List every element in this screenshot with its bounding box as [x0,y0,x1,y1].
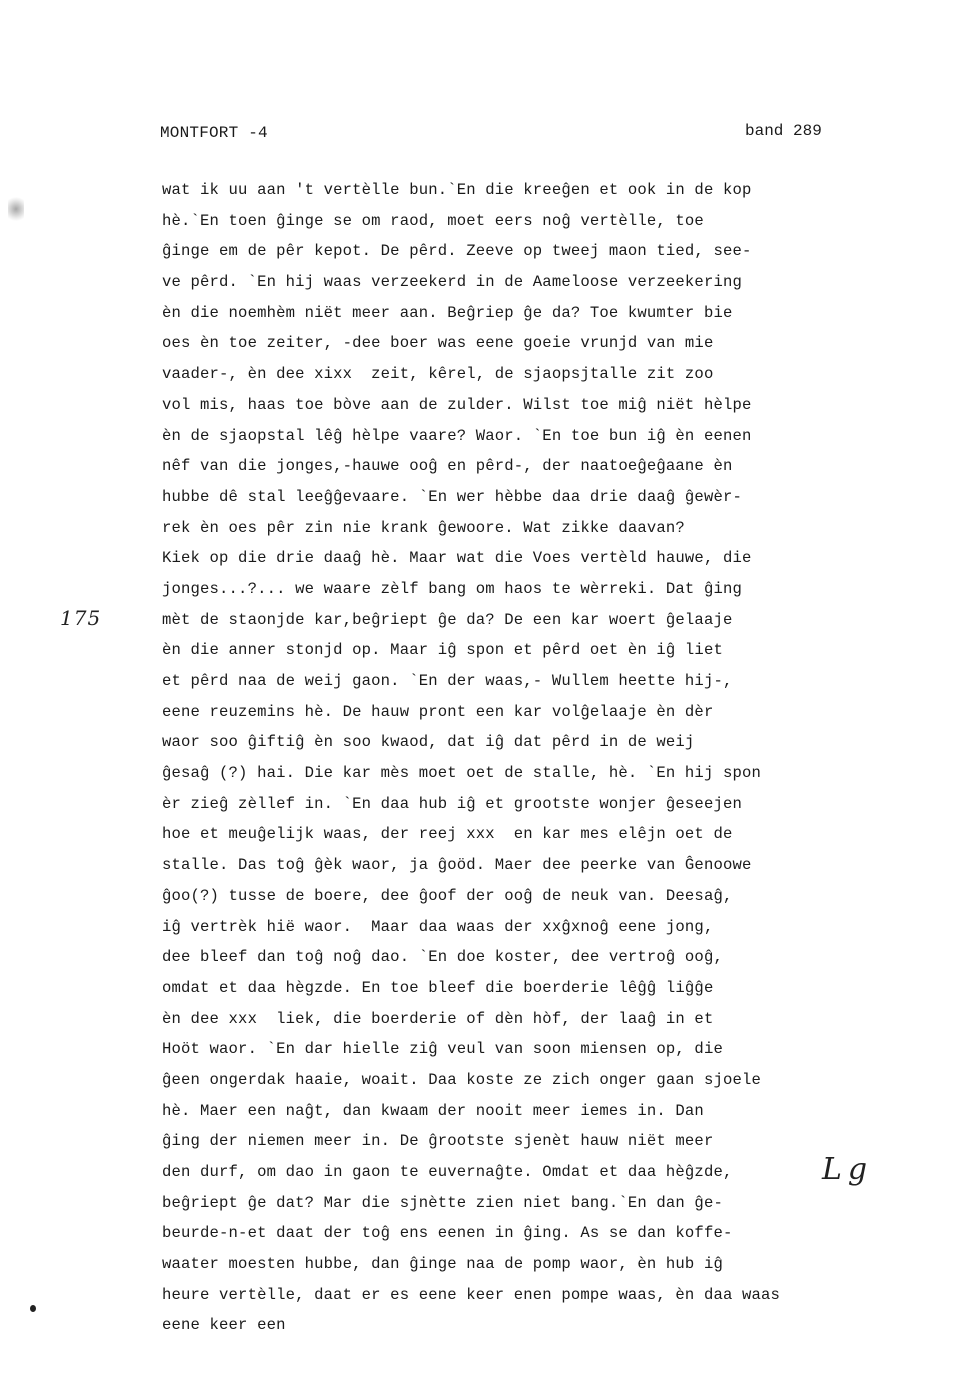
transcript-line: hè. Maer een naĝt, dan kwaam der nooit m… [162,1096,882,1127]
margin-note-right: Lg [822,1152,873,1187]
transcript-line: waater moesten hubbe, dan ĝinge naa de p… [162,1249,882,1280]
transcript-line: stalle. Das toĝ ĝèk waor, ja ĝoöd. Maer … [162,850,882,881]
transcript-line: vaader-, èn dee xixx zeit, kêrel, de sja… [162,359,882,390]
transcript-line: iĝ vertrèk hië waor. Maar daa waas der x… [162,912,882,943]
transcript-line: èr zieĝ zèllef in. `En daa hub iĝ et gro… [162,789,882,820]
scan-speck [30,1305,36,1312]
transcript-line: jonges...?... we waare zèlf bang om haos… [162,574,882,605]
transcript-line: wat ik uu aan 't vertèlle bun.`En die kr… [162,175,882,206]
transcript-line: ĝing der niemen meer in. De ĝrootste sje… [162,1126,882,1157]
transcript-line: beurde-n-et daat der toĝ ens eenen in ĝi… [162,1218,882,1249]
transcript-line: rek èn oes pêr zin nie krank ĝewoore. Wa… [162,513,882,544]
document-title: MONTFORT -4 [160,124,268,142]
transcript-line: ĝinge em de pêr kepot. De pêrd. Zeeve op… [162,236,882,267]
transcript-line: et pêrd naa de weij gaon. `En der waas,-… [162,666,882,697]
tape-number: band 289 [745,122,822,140]
transcript-line: heure vertèlle, daat er es eene keer ene… [162,1280,882,1311]
transcript-line: èn dee xxx liek, die boerderie of dèn hò… [162,1004,882,1035]
transcript-line: èn die anner stonjd op. Maar iĝ spon et … [162,635,882,666]
scan-smudge [8,195,24,223]
transcript-line: oes èn toe zeiter, -dee boer was eene go… [162,328,882,359]
transcript-line: den durf, om dao in gaon te euvernaĝte. … [162,1157,882,1188]
margin-note-page-number: 175 [60,606,101,630]
transcript-line: ve pêrd. `En hij waas verzeekerd in de A… [162,267,882,298]
transcript-line: hoe et meuĝelijk waas, der reej xxx en k… [162,819,882,850]
transcript-line: nêf van die jonges,-hauwe ooĝ en pêrd-, … [162,451,882,482]
transcript-line: omdat et daa hègzde. En toe bleef die bo… [162,973,882,1004]
transcript-line: ĝesaĝ (?) hai. Die kar mès moet oet de s… [162,758,882,789]
transcript-line: ĝoo(?) tusse de boere, dee ĝoof der ooĝ … [162,881,882,912]
transcript-line: ĝeen ongerdak haaie, woait. Daa koste ze… [162,1065,882,1096]
transcript-line: Hoöt waor. `En dar hielle ziĝ veul van s… [162,1034,882,1065]
transcript-line: eene reuzemins hè. De hauw pront een kar… [162,697,882,728]
transcript-line: waor soo ĝiftiĝ èn soo kwaod, dat iĝ dat… [162,727,882,758]
transcript-body: wat ik uu aan 't vertèlle bun.`En die kr… [162,175,882,1341]
transcript-line: mèt de staonjde kar,beĝriept ĝe da? De e… [162,605,882,636]
transcript-line: hè.`En toen ĝinge se om raod, moet eers … [162,206,882,237]
transcript-line: hubbe dê stal leeĝĝevaare. `En wer hèbbe… [162,482,882,513]
transcript-line: beĝriept ĝe dat? Mar die sjnètte zien ni… [162,1188,882,1219]
document-page: MONTFORT -4 band 289 wat ik uu aan 't ve… [0,0,979,1397]
transcript-line: eene keer een [162,1310,882,1341]
transcript-line: èn die noemhèm niët meer aan. Beĝriep ĝe… [162,298,882,329]
transcript-line: Kiek op die drie daaĝ hè. Maar wat die V… [162,543,882,574]
transcript-line: èn de sjaopstal lêĝ hèlpe vaare? Waor. `… [162,421,882,452]
transcript-line: dee bleef dan toĝ noĝ dao. `En doe koste… [162,942,882,973]
transcript-line: vol mis, haas toe bòve aan de zulder. Wi… [162,390,882,421]
